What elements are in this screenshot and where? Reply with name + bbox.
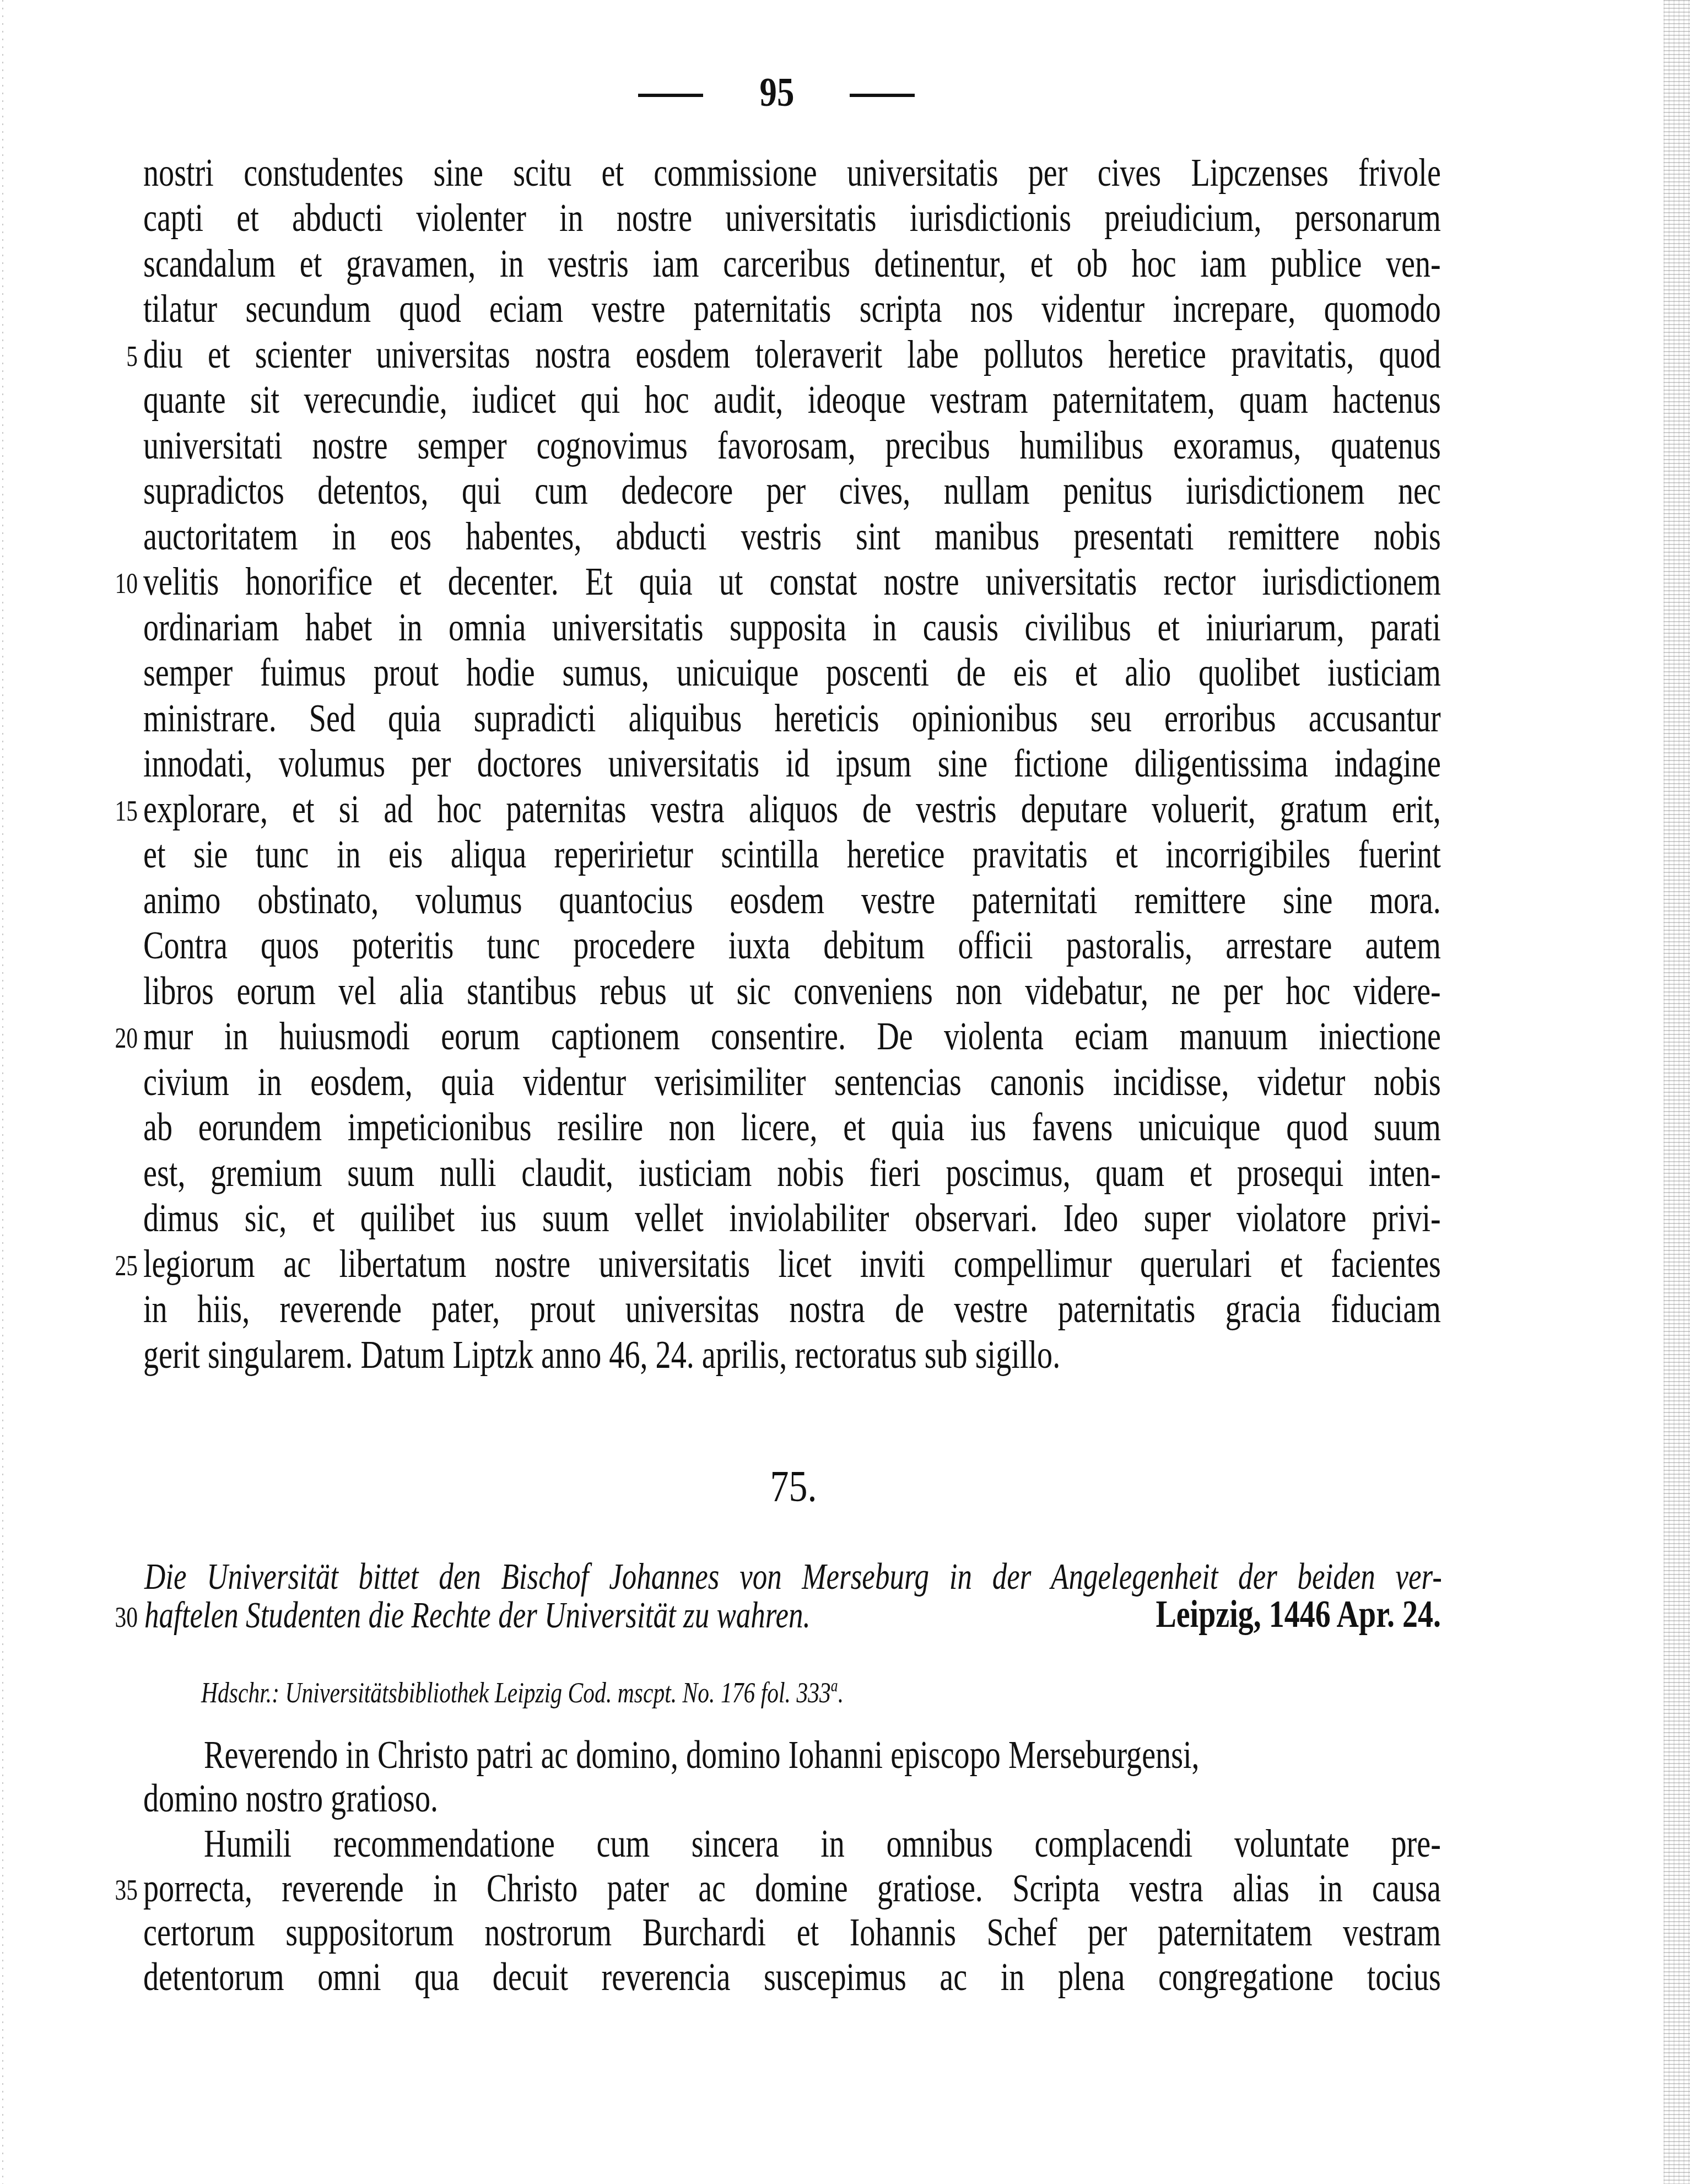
line-number: 20 <box>94 1013 138 1059</box>
text-line: domino nostro gratioso. <box>143 1776 1441 1821</box>
line-number: 25 <box>94 1241 138 1286</box>
page-header: 95 <box>634 71 920 115</box>
line-number: 35 <box>94 1865 138 1911</box>
text-line: animo obstinato, volumus quantocius eosd… <box>143 877 1441 923</box>
text-line: ab eorundem impeticionibus resilire non … <box>143 1104 1441 1150</box>
text-line: supradictos detentos, qui cum dedecore p… <box>143 468 1441 513</box>
text-line: universitati nostre semper cognovimus fa… <box>143 423 1441 468</box>
header-dash-right <box>850 94 915 97</box>
text-line: porrecta, reverende in Christo pater ac … <box>143 1865 1441 1911</box>
text-line: certorum suppositorum nostrorum Burchard… <box>143 1910 1441 1955</box>
text-line: tilatur secundum quod eciam vestre pater… <box>143 286 1441 331</box>
text-line: dimus sic, et quilibet ius suum vellet i… <box>143 1195 1441 1241</box>
line-number: 10 <box>94 559 138 604</box>
manuscript-source: Hdschr.: Universitätsbibliothek Leipzig … <box>201 1668 844 1703</box>
text-line: Humili recommendatione cum sincera in om… <box>204 1821 1441 1866</box>
text-line: capti et abducti violenter in nostre uni… <box>143 195 1441 240</box>
regest-line: Die Universität bittet den Bischof Johan… <box>144 1554 1442 1598</box>
page-number: 95 <box>655 71 899 115</box>
text-line: diu et scienter universitas nostra eosde… <box>143 332 1441 377</box>
document-page: 95 nostri constudentes sine scitu et com… <box>0 0 1690 2184</box>
text-line: civium in eosdem, quia videntur verisimi… <box>143 1059 1441 1104</box>
text-line: innodati, volumus per doctores universit… <box>143 741 1441 786</box>
text-line: in hiis, reverende pater, prout universi… <box>143 1286 1441 1331</box>
text-line: et sie tunc in eis aliqua reperirietur s… <box>143 832 1441 877</box>
line-number: 5 <box>94 332 138 377</box>
text-line: velitis honorifice et decenter. Et quia … <box>143 559 1441 604</box>
source-superscript: a <box>831 1675 838 1695</box>
scan-edge-left <box>2 0 3 2184</box>
document-number: 75. <box>700 1460 887 1513</box>
text-line: Reverendo in Christo patri ac domino, do… <box>204 1732 1441 1777</box>
text-line: ordinariam habet in omnia universitatis … <box>143 605 1441 650</box>
text-line: explorare, et si ad hoc paternitas vestr… <box>143 786 1441 832</box>
text-line: detentorum omni qua decuit reverencia su… <box>143 1954 1441 1999</box>
text-line: gerit singularem. Datum Liptzk anno 46, … <box>143 1332 1441 1377</box>
text-line: quante sit verecundie, iudicet qui hoc a… <box>143 377 1441 422</box>
text-line: legiorum ac libertatum nostre universita… <box>143 1241 1441 1286</box>
text-line: nostri constudentes sine scitu et commis… <box>143 150 1441 195</box>
text-line: ministrare. Sed quia supradicti aliquibu… <box>143 695 1441 741</box>
text-line: libros eorum vel alia stantibus rebus ut… <box>143 968 1441 1013</box>
text-line: auctoritatem in eos habentes, abducti ve… <box>143 514 1441 559</box>
text-line: mur in huiusmodi eorum captionem consent… <box>143 1013 1441 1059</box>
text-line: Contra quos poteritis tunc procedere iux… <box>143 923 1441 968</box>
line-number: 30 <box>94 1593 138 1638</box>
text-line: scandalum et gravamen, in vestris iam ca… <box>143 241 1441 286</box>
document-date: Leipzig, 1446 Apr. 24. <box>1156 1593 1441 1637</box>
text-line: est, gremium suum nulli claudit, iustici… <box>143 1150 1441 1195</box>
source-text: Hdschr.: Universitätsbibliothek Leipzig … <box>201 1678 831 1709</box>
line-number: 15 <box>94 786 138 832</box>
text-line: semper fuimus prout hodie sumus, unicuiq… <box>143 650 1441 695</box>
source-end: . <box>838 1678 844 1709</box>
scan-edge-right <box>1664 0 1690 2184</box>
